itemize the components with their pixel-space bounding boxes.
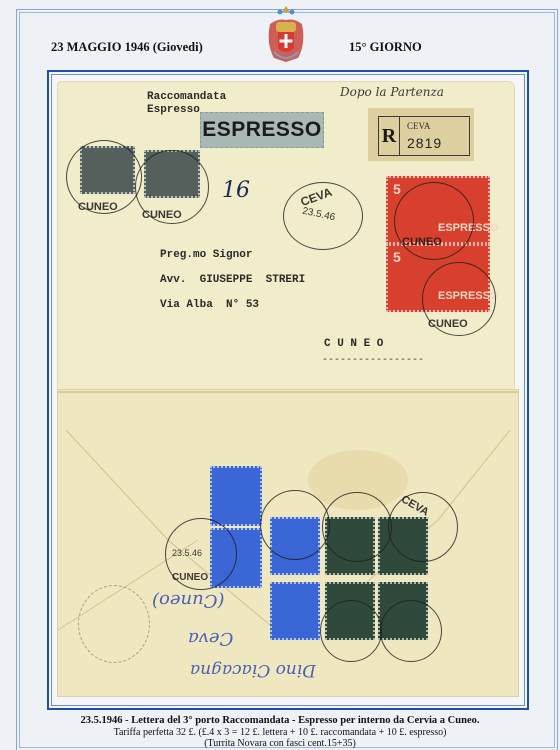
registration-letter: R [379, 117, 400, 155]
handwritten-note: Dopo la Partenza [340, 85, 444, 99]
postmark-back-faded [78, 585, 150, 663]
address-street: Via Alba N° 53 [160, 299, 259, 311]
postmark-front-2-city: CUNEO [142, 209, 182, 221]
registration-box: R CEVA 2819 [378, 116, 470, 156]
address-name: Avv. GIUSEPPE STRERI [160, 274, 305, 286]
postmark-front-4 [394, 182, 474, 260]
postmark-back-1-city: CUNEO [172, 572, 208, 583]
caption-tariff: Tariffa perfetta 32 £. (£.4 x 3 = 12 £. … [0, 727, 560, 738]
handwritten-mark: 16 [222, 178, 250, 203]
postmark-front-1-city: CUNEO [78, 201, 118, 213]
registration-office: CEVA [407, 121, 430, 131]
stamp-blue-1 [210, 466, 262, 526]
savoy-crest-icon [264, 4, 308, 66]
postmark-front-5-city: CUNEO [428, 318, 468, 330]
postmark-back-1-date: 23.5.46 [172, 548, 202, 558]
header-date: 23 MAGGIO 1946 (Giovedi) [51, 40, 203, 55]
address-underline: ----------------- [322, 355, 424, 366]
postmark-back-5 [320, 600, 382, 662]
sender-handwriting-city: Ceva [188, 628, 233, 649]
sender-handwriting-name: Dino Ciacagna [190, 660, 316, 680]
registration-number: 2819 [407, 135, 442, 151]
stamp-blue-4 [270, 582, 320, 640]
postmark-back-6 [380, 600, 442, 662]
postmark-back-3 [322, 492, 392, 562]
typed-service-espresso: Espresso [147, 104, 200, 116]
postmark-front-4-city: CUNEO [402, 236, 442, 248]
registration-label: R CEVA 2819 [368, 108, 474, 161]
address-city: C U N E O [324, 338, 383, 350]
address-salutation: Preg.mo Signor [160, 249, 252, 261]
header-day-count: 15° GIORNO [349, 40, 422, 55]
caption-title: 23.5.1946 - Lettera del 3° porto Raccoma… [0, 715, 560, 726]
typed-service-raccomandata: Raccomandata [147, 91, 226, 103]
espresso-label: ESPRESSO [200, 112, 324, 148]
postmark-back-2 [260, 490, 330, 560]
caption-stamps: (Turrita Novara con fasci cent.15+35) [0, 738, 560, 749]
sender-handwriting-province: (Cuneo) [152, 590, 225, 611]
